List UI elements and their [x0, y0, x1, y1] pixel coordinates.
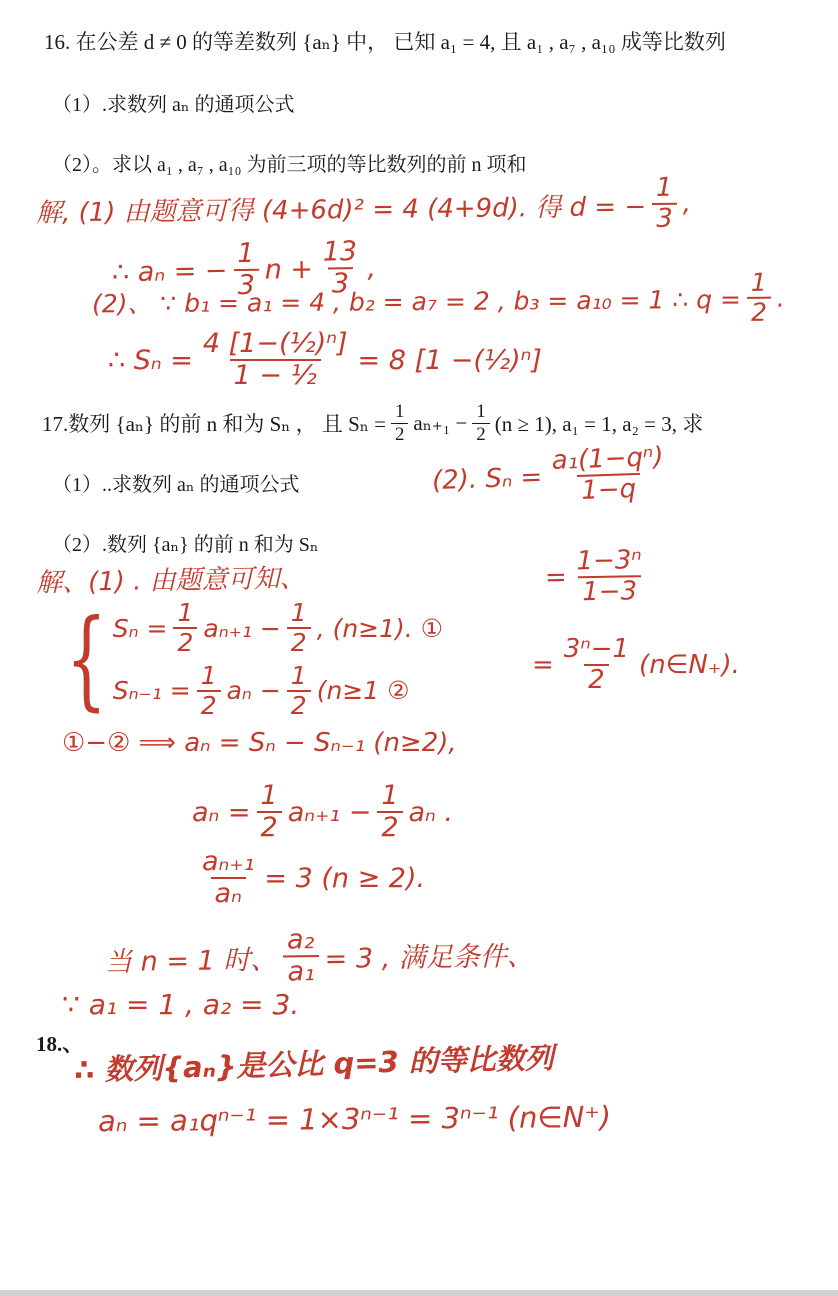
fraction: 1 2	[391, 402, 408, 445]
fraction-denominator: 2	[287, 690, 311, 719]
sol17-recurrence-lhs: aₙ =	[192, 797, 251, 828]
sol17-recurrence: aₙ = 1 2 aₙ₊₁ − 1 2 aₙ .	[192, 782, 453, 843]
fraction: 1 2	[747, 270, 771, 327]
fraction: 1−3ⁿ 1−3	[572, 547, 646, 607]
sol17-ratio: aₙ₊₁ aₙ = 3 (n ≥ 2).	[198, 848, 425, 909]
sol16-line4-result: = 8 [1 −(½)ⁿ]	[358, 345, 542, 376]
fraction-numerator: a₂	[283, 926, 319, 956]
fraction: a₁(1−qⁿ) 1−q	[547, 444, 669, 507]
fraction-denominator: 2	[391, 423, 408, 445]
fraction: 4 [1−(½)ⁿ] 1 − ½	[199, 330, 352, 391]
fraction: 1 2	[287, 600, 311, 657]
system-eq2-mid: aₙ −	[227, 676, 281, 705]
system-eq2-lhs: Sₙ₋₁ =	[113, 676, 191, 705]
fraction-numerator: 1	[391, 402, 408, 423]
fraction-numerator: 3ⁿ−1	[560, 636, 633, 664]
sol17b-step3: = 3ⁿ−1 2 (n∈N₊).	[532, 636, 740, 695]
sol17-initial-values: ∵ a₁ = 1 , a₂ = 3.	[62, 988, 299, 1021]
fraction: 1 3	[652, 175, 677, 234]
system-equations: Sₙ = 1 2 aₙ₊₁ − 1 2 , (n≥1). ① Sₙ₋₁ = 1 …	[113, 600, 443, 719]
fraction-numerator: 1	[747, 270, 771, 297]
problem-17-part2: （2）.数列 {aₙ} 的前 n 和为 Sₙ	[52, 528, 319, 557]
fraction-denominator: aₙ	[211, 877, 246, 908]
fraction-numerator: 1	[377, 782, 402, 811]
sol16-line1-text: 解, (1) 由题意可得 (4+6d)² = 4 (4+9d). 得 d = −	[36, 186, 647, 229]
sol17-subtract: ①−② ⟹ aₙ = Sₙ − Sₙ₋₁ (n≥2),	[62, 728, 457, 758]
system-eq2-tag: (n≥1 ②	[317, 676, 410, 705]
system-eq1-tag: , (n≥1). ①	[317, 614, 443, 643]
sol17-ratio-rhs: = 3 (n ≥ 2).	[264, 863, 425, 894]
problem-17-statement-b: aₙ₊₁ −	[413, 411, 467, 436]
sol17b-step3-eq: =	[532, 650, 554, 680]
fraction-numerator: 4 [1−(½)ⁿ]	[199, 330, 352, 359]
fraction-numerator: 13	[318, 238, 361, 268]
fraction-denominator: 2	[173, 627, 197, 656]
fraction: 1 2	[287, 663, 311, 720]
sol17b-step2: = 1−3ⁿ 1−3	[544, 547, 646, 607]
fraction-denominator: 2	[584, 664, 609, 694]
sol16-line1: 解, (1) 由题意可得 (4+6d)² = 4 (4+9d). 得 d = −…	[36, 175, 692, 240]
fraction: aₙ₊₁ aₙ	[198, 848, 258, 909]
sol17-recurrence-end: aₙ .	[409, 797, 453, 828]
problem-17-statement: 17.数列 {aₙ} 的前 n 和为 Sₙ ， 且 Sₙ = 1 2 aₙ₊₁ …	[42, 402, 703, 445]
fraction-numerator: aₙ₊₁	[198, 848, 258, 877]
fraction: 1 2	[197, 663, 221, 720]
sol17-n1-end: = 3 , 满足条件、	[324, 934, 534, 976]
system-eq1: Sₙ = 1 2 aₙ₊₁ − 1 2 , (n≥1). ①	[113, 600, 443, 657]
sol17-recurrence-mid: aₙ₊₁ −	[288, 797, 372, 828]
fraction-numerator: 1	[197, 663, 221, 690]
fraction-numerator: 1	[287, 663, 311, 690]
system-eq2: Sₙ₋₁ = 1 2 aₙ − 1 2 (n≥1 ②	[113, 663, 443, 720]
problem-16-part2: （2）。求以 a₁ , a₇ , a₁₀ 为前三项的等比数列的前 n 项和	[52, 148, 527, 177]
sol17b-step2-eq: =	[545, 563, 567, 593]
fraction-denominator: 1−q	[577, 473, 641, 505]
sol17b-step3-domain: (n∈N₊).	[639, 650, 740, 680]
sol17-system: { Sₙ = 1 2 aₙ₊₁ − 1 2 , (n≥1). ① Sₙ₋₁ = …	[52, 600, 443, 719]
fraction-numerator: a₁(1−qⁿ)	[547, 444, 668, 476]
sol16-line4: ∴ Sₙ = 4 [1−(½)ⁿ] 1 − ½ = 8 [1 −(½)ⁿ]	[108, 330, 542, 391]
sol16-line1-end: ,	[683, 189, 692, 219]
fraction: 1 2	[377, 782, 402, 843]
system-brace: {	[66, 614, 107, 706]
fraction-denominator: 1−3	[578, 576, 641, 607]
fraction: 1 2	[257, 782, 282, 843]
fraction-numerator: 1	[652, 175, 677, 204]
system-eq1-lhs: Sₙ =	[113, 614, 168, 643]
fraction-numerator: 1	[257, 782, 282, 811]
fraction-numerator: 1−3ⁿ	[572, 547, 646, 577]
fraction-denominator: a₁	[283, 955, 319, 987]
problem-16-statement: 16. 在公差 d ≠ 0 的等差数列 {aₙ} 中， 已知 a₁ = 4, 且…	[44, 26, 726, 56]
fraction-denominator: 2	[257, 811, 282, 842]
fraction-denominator: 1 − ½	[230, 359, 321, 390]
sol17b-head-text: (2). Sₙ =	[432, 463, 543, 497]
fraction: 1 2	[173, 600, 197, 657]
fraction-numerator: 1	[173, 600, 197, 627]
fraction-denominator: 3	[652, 203, 677, 234]
fraction-denominator: 2	[747, 297, 771, 326]
problem-17-statement-c: (n ≥ 1), a₁ = 1, a₂ = 3, 求	[495, 408, 703, 438]
sol16-line3: (2)、 ∵ b₁ = a₁ = 4 , b₂ = a₇ = 2 , b₃ = …	[92, 270, 785, 331]
problem-16-part1: （1）.求数列 aₙ 的通项公式	[52, 88, 295, 117]
problem-17-part1: （1）..求数列 aₙ 的通项公式	[52, 468, 300, 497]
problem-17-statement-a: 17.数列 {aₙ} 的前 n 和为 Sₙ ， 且 Sₙ =	[42, 408, 386, 438]
fraction-denominator: 2	[377, 811, 402, 842]
sol16-line4-text: ∴ Sₙ =	[108, 345, 193, 376]
fraction: 3ⁿ−1 2	[560, 636, 633, 695]
system-eq1-mid: aₙ₊₁ −	[203, 614, 280, 643]
sol18-line1: ∴ 数列{aₙ}是公比 q=3 的等比数列	[74, 1036, 555, 1090]
fraction-numerator: 1	[287, 600, 311, 627]
fraction-denominator: 2	[472, 423, 489, 445]
fraction: a₂ a₁	[283, 926, 319, 987]
sol18-line2: aₙ = a₁qⁿ⁻¹ = 1×3ⁿ⁻¹ = 3ⁿ⁻¹ (n∈N⁺)	[98, 1100, 611, 1138]
worksheet-page: 16. 在公差 d ≠ 0 的等差数列 {aₙ} 中， 已知 a₁ = 4, 且…	[0, 0, 838, 1296]
sol17-n1-text: 当 n = 1 时、	[105, 937, 278, 978]
fraction-numerator: 1	[472, 402, 489, 423]
sol16-line3-text: (2)、 ∵ b₁ = a₁ = 4 , b₂ = a₇ = 2 , b₃ = …	[92, 280, 741, 321]
fraction-denominator: 2	[287, 627, 311, 656]
page-bottom-edge	[0, 1290, 838, 1296]
fraction-denominator: 2	[197, 690, 221, 719]
fraction-numerator: 1	[233, 240, 259, 270]
sol17-n1-check: 当 n = 1 时、 a₂ a₁ = 3 , 满足条件、	[105, 923, 535, 990]
sol17b-head: (2). Sₙ = a₁(1−qⁿ) 1−q	[431, 444, 669, 511]
fraction: 1 2	[472, 402, 489, 445]
sol16-line3-end: .	[777, 283, 785, 312]
sol17-intro: 解、(1) . 由题意可知、	[36, 558, 306, 600]
